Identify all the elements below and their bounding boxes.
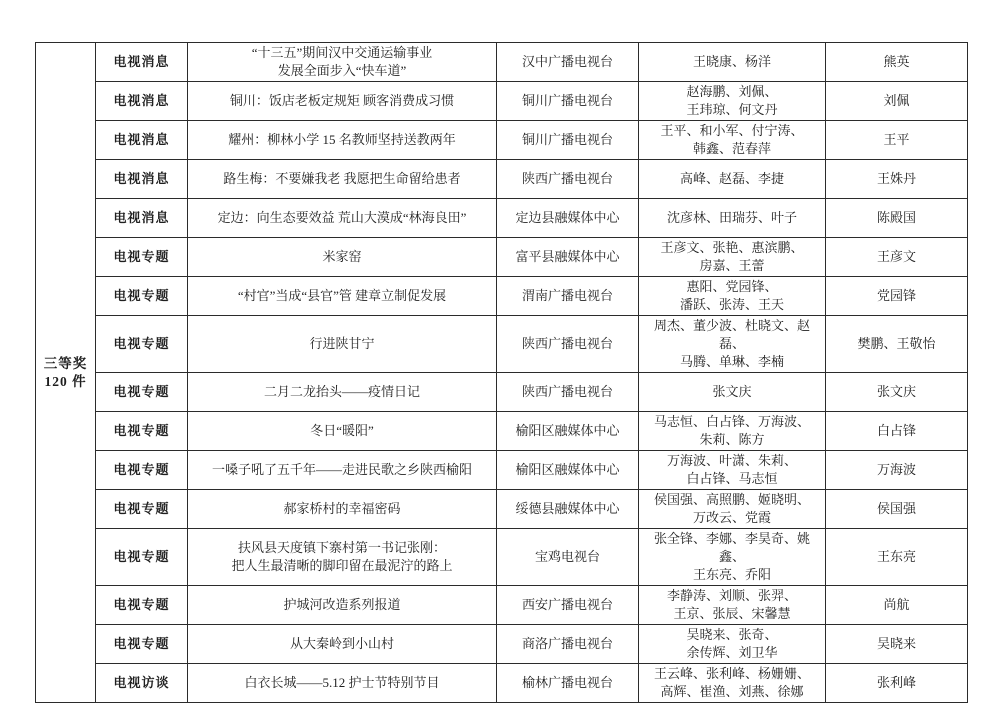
editor-cell: 万海波	[826, 451, 968, 490]
title-cell: 定边：向生态要效益 荒山大漠成“林海良田”	[188, 199, 497, 238]
authors-cell: 张全锋、李娜、李昊奇、姚鑫、 王东亮、乔阳	[639, 529, 826, 586]
authors-cell: 张文庆	[639, 373, 826, 412]
editor-cell: 张利峰	[826, 664, 968, 703]
title-cell: 冬日“暖阳”	[188, 412, 497, 451]
authors-cell: 周杰、董少波、杜晓文、赵磊、 马腾、单琳、李楠	[639, 316, 826, 373]
table-row: 电视专题 扶风县天度镇下寨村第一书记张刚： 把人生最清晰的脚印留在最泥泞的路上 …	[36, 529, 968, 586]
title-cell: 铜川：饭店老板定规矩 顾客消费成习惯	[188, 82, 497, 121]
station-cell: 富平县融媒体中心	[497, 238, 639, 277]
category-cell: 电视专题	[96, 238, 188, 277]
table-row: 电视专题 从大秦岭到小山村 商洛广播电视台 吴晓来、张奇、 余传辉、刘卫华 吴晓…	[36, 625, 968, 664]
category-cell: 电视消息	[96, 43, 188, 82]
authors-cell: 侯国强、高照鹏、姬晓明、 万改云、党霞	[639, 490, 826, 529]
awards-table: 三等奖 120 件 电视消息 “十三五”期间汉中交通运输事业 发展全面步入“快车…	[35, 42, 968, 703]
category-cell: 电视专题	[96, 412, 188, 451]
category-cell: 电视消息	[96, 82, 188, 121]
category-cell: 电视专题	[96, 316, 188, 373]
title-cell: “十三五”期间汉中交通运输事业 发展全面步入“快车道”	[188, 43, 497, 82]
authors-cell: 王平、和小军、付宁涛、 韩鑫、范春萍	[639, 121, 826, 160]
editor-cell: 侯国强	[826, 490, 968, 529]
editor-cell: 王东亮	[826, 529, 968, 586]
title-cell: 米家窑	[188, 238, 497, 277]
authors-cell: 沈彦林、田瑞芬、叶子	[639, 199, 826, 238]
table-row: 电视专题 一嗓子吼了五千年——走进民歌之乡陕西榆阳 榆阳区融媒体中心 万海波、叶…	[36, 451, 968, 490]
title-cell: 一嗓子吼了五千年——走进民歌之乡陕西榆阳	[188, 451, 497, 490]
document-page: 三等奖 120 件 电视消息 “十三五”期间汉中交通运输事业 发展全面步入“快车…	[0, 0, 1000, 706]
category-cell: 电视专题	[96, 586, 188, 625]
category-cell: 电视消息	[96, 121, 188, 160]
category-cell: 电视专题	[96, 625, 188, 664]
table-row: 电视消息 定边：向生态要效益 荒山大漠成“林海良田” 定边县融媒体中心 沈彦林、…	[36, 199, 968, 238]
station-cell: 西安广播电视台	[497, 586, 639, 625]
table-row: 电视专题 “村官”当成“县官”管 建章立制促发展 渭南广播电视台 惠阳、党园锋、…	[36, 277, 968, 316]
title-cell: 护城河改造系列报道	[188, 586, 497, 625]
station-cell: 榆阳区融媒体中心	[497, 451, 639, 490]
station-cell: 渭南广播电视台	[497, 277, 639, 316]
authors-cell: 王彦文、张艳、惠滨鹏、 房嘉、王蕾	[639, 238, 826, 277]
table-row: 电视专题 米家窑 富平县融媒体中心 王彦文、张艳、惠滨鹏、 房嘉、王蕾 王彦文	[36, 238, 968, 277]
title-cell: 扶风县天度镇下寨村第一书记张刚： 把人生最清晰的脚印留在最泥泞的路上	[188, 529, 497, 586]
title-cell: 耀州：柳林小学 15 名教师坚持送教两年	[188, 121, 497, 160]
editor-cell: 刘佩	[826, 82, 968, 121]
editor-cell: 王彦文	[826, 238, 968, 277]
editor-cell: 吴晓来	[826, 625, 968, 664]
editor-cell: 陈殿国	[826, 199, 968, 238]
table-row: 电视访谈 白衣长城——5.12 护士节特别节目 榆林广播电视台 王云峰、张利峰、…	[36, 664, 968, 703]
title-cell: “村官”当成“县官”管 建章立制促发展	[188, 277, 497, 316]
station-cell: 陕西广播电视台	[497, 316, 639, 373]
authors-cell: 赵海鹏、刘佩、 王玮琼、何文丹	[639, 82, 826, 121]
editor-cell: 熊英	[826, 43, 968, 82]
category-cell: 电视专题	[96, 451, 188, 490]
category-cell: 电视访谈	[96, 664, 188, 703]
category-cell: 电视消息	[96, 160, 188, 199]
station-cell: 铜川广播电视台	[497, 121, 639, 160]
editor-cell: 张文庆	[826, 373, 968, 412]
station-cell: 陕西广播电视台	[497, 160, 639, 199]
station-cell: 榆林广播电视台	[497, 664, 639, 703]
category-cell: 电视消息	[96, 199, 188, 238]
station-cell: 绥德县融媒体中心	[497, 490, 639, 529]
authors-cell: 万海波、叶潇、朱莉、 白占锋、马志恒	[639, 451, 826, 490]
category-cell: 电视专题	[96, 490, 188, 529]
table-row: 电视专题 护城河改造系列报道 西安广播电视台 李静涛、刘顺、张羿、 王京、张辰、…	[36, 586, 968, 625]
table-row: 三等奖 120 件 电视消息 “十三五”期间汉中交通运输事业 发展全面步入“快车…	[36, 43, 968, 82]
authors-cell: 吴晓来、张奇、 余传辉、刘卫华	[639, 625, 826, 664]
editor-cell: 尚航	[826, 586, 968, 625]
editor-cell: 王姝丹	[826, 160, 968, 199]
table-row: 电视专题 郝家桥村的幸福密码 绥德县融媒体中心 侯国强、高照鹏、姬晓明、 万改云…	[36, 490, 968, 529]
editor-cell: 白占锋	[826, 412, 968, 451]
award-group-label: 三等奖 120 件	[36, 43, 96, 703]
title-cell: 行进陕甘宁	[188, 316, 497, 373]
station-cell: 商洛广播电视台	[497, 625, 639, 664]
station-cell: 汉中广播电视台	[497, 43, 639, 82]
editor-cell: 党园锋	[826, 277, 968, 316]
table-row: 电视专题 二月二龙抬头——疫情日记 陕西广播电视台 张文庆 张文庆	[36, 373, 968, 412]
table-row: 电视消息 路生梅：不要嫌我老 我愿把生命留给患者 陕西广播电视台 高峰、赵磊、李…	[36, 160, 968, 199]
title-cell: 白衣长城——5.12 护士节特别节目	[188, 664, 497, 703]
editor-cell: 樊鹏、王敬怡	[826, 316, 968, 373]
station-cell: 榆阳区融媒体中心	[497, 412, 639, 451]
station-cell: 陕西广播电视台	[497, 373, 639, 412]
category-cell: 电视专题	[96, 277, 188, 316]
editor-cell: 王平	[826, 121, 968, 160]
authors-cell: 高峰、赵磊、李捷	[639, 160, 826, 199]
station-cell: 宝鸡电视台	[497, 529, 639, 586]
title-cell: 二月二龙抬头——疫情日记	[188, 373, 497, 412]
authors-cell: 马志恒、白占锋、万海波、 朱莉、陈方	[639, 412, 826, 451]
table-row: 电视消息 铜川：饭店老板定规矩 顾客消费成习惯 铜川广播电视台 赵海鹏、刘佩、 …	[36, 82, 968, 121]
authors-cell: 李静涛、刘顺、张羿、 王京、张辰、宋馨慧	[639, 586, 826, 625]
authors-cell: 惠阳、党园锋、 潘跃、张涛、王天	[639, 277, 826, 316]
table-row: 电视消息 耀州：柳林小学 15 名教师坚持送教两年 铜川广播电视台 王平、和小军…	[36, 121, 968, 160]
authors-cell: 王云峰、张利峰、杨姗姗、 高辉、崔渔、刘燕、徐娜	[639, 664, 826, 703]
category-cell: 电视专题	[96, 529, 188, 586]
station-cell: 定边县融媒体中心	[497, 199, 639, 238]
table-row: 电视专题 冬日“暖阳” 榆阳区融媒体中心 马志恒、白占锋、万海波、 朱莉、陈方 …	[36, 412, 968, 451]
authors-cell: 王晓康、杨洋	[639, 43, 826, 82]
title-cell: 从大秦岭到小山村	[188, 625, 497, 664]
title-cell: 路生梅：不要嫌我老 我愿把生命留给患者	[188, 160, 497, 199]
category-cell: 电视专题	[96, 373, 188, 412]
station-cell: 铜川广播电视台	[497, 82, 639, 121]
title-cell: 郝家桥村的幸福密码	[188, 490, 497, 529]
table-row: 电视专题 行进陕甘宁 陕西广播电视台 周杰、董少波、杜晓文、赵磊、 马腾、单琳、…	[36, 316, 968, 373]
